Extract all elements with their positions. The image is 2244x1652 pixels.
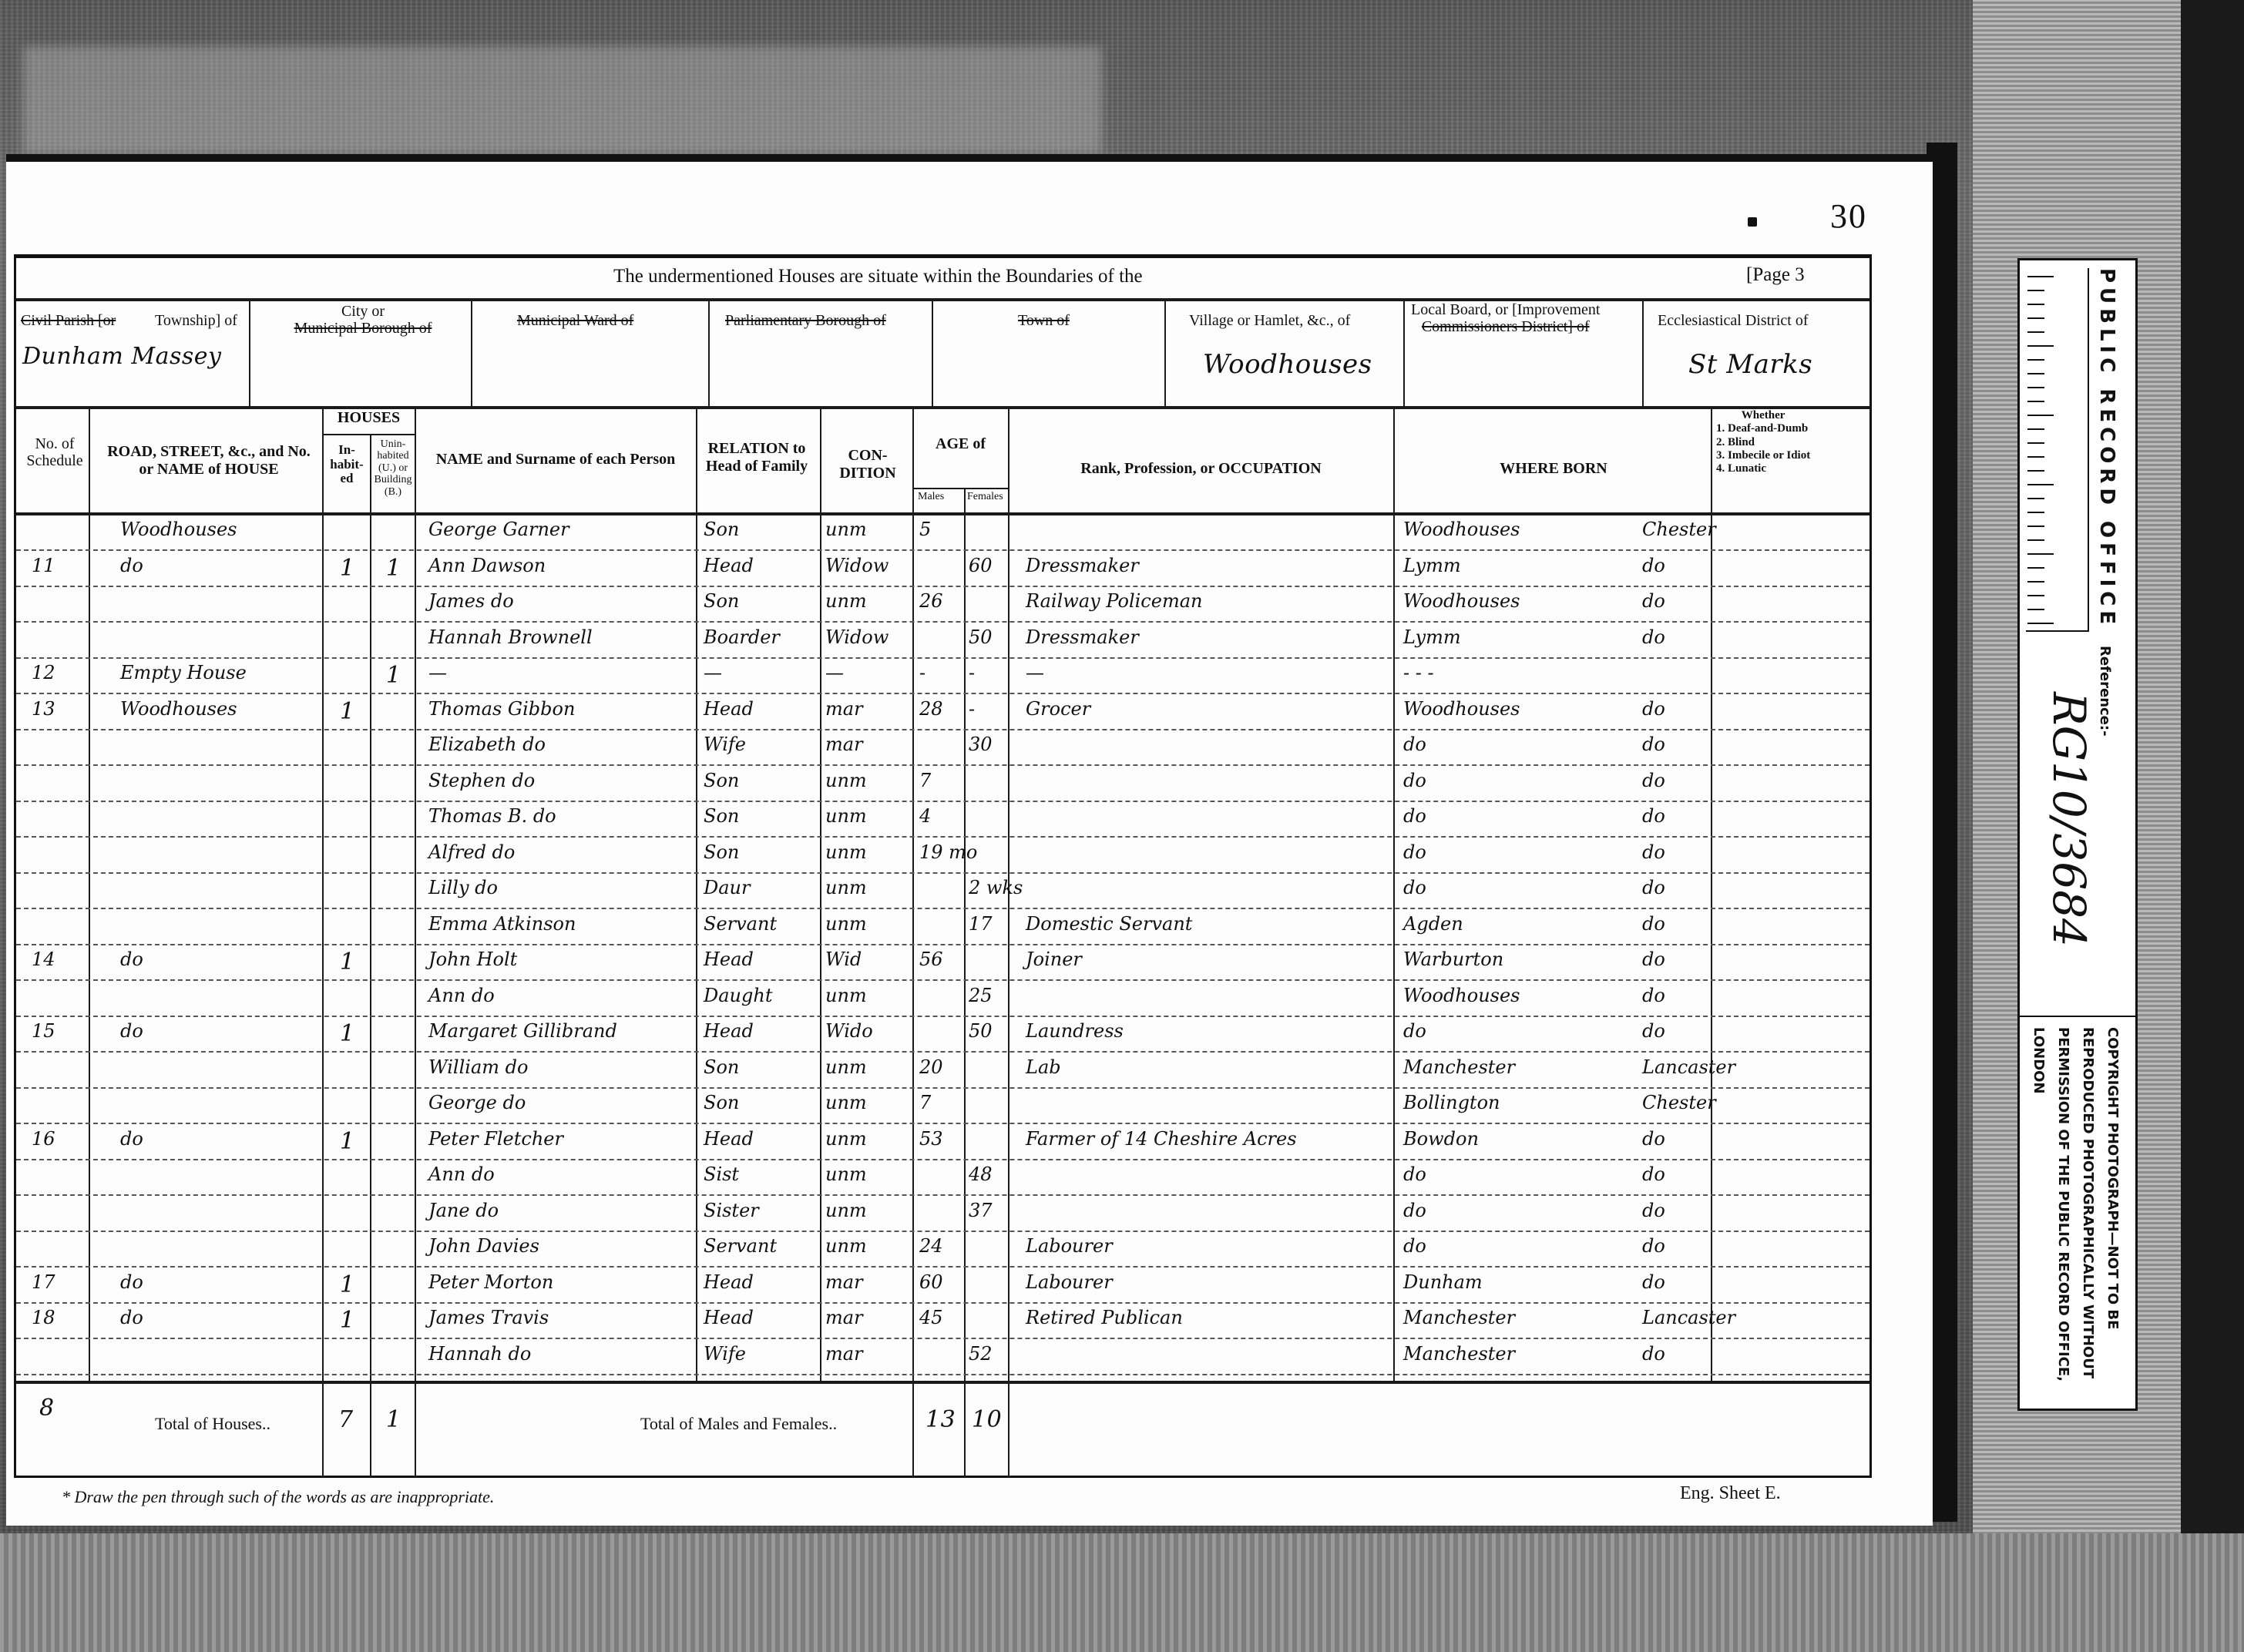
cell-relation: Son bbox=[704, 590, 739, 612]
row-rule bbox=[16, 1338, 1869, 1339]
cell-female-age: - bbox=[969, 698, 975, 720]
cell-born-county: do bbox=[1642, 1271, 1665, 1293]
cell-born-place: Manchester bbox=[1403, 1307, 1515, 1328]
cell-name: William do bbox=[428, 1056, 528, 1078]
background-bottom-strip bbox=[0, 1533, 2244, 1652]
cell-condition: mar bbox=[825, 1307, 863, 1328]
cell-road: do bbox=[120, 1271, 143, 1293]
ruler-tick bbox=[2027, 359, 2044, 361]
cell-born-place: Bowdon bbox=[1403, 1128, 1479, 1150]
cell-road: do bbox=[120, 1128, 143, 1150]
col-header-houses: HOUSES bbox=[324, 409, 413, 427]
ruler-tick bbox=[2027, 539, 2044, 541]
ruler-tick bbox=[2027, 373, 2044, 374]
cell-schedule: 18 bbox=[32, 1307, 55, 1328]
boundary-value-ecclesiastical: St Marks bbox=[1688, 349, 1812, 380]
cell-condition: unm bbox=[825, 1092, 867, 1113]
col-divider bbox=[89, 406, 90, 1381]
cell-relation: Head bbox=[704, 1307, 754, 1328]
row-rule bbox=[16, 1231, 1869, 1232]
reference-label: Reference:- bbox=[2097, 646, 2113, 737]
cell-male-age: 45 bbox=[919, 1307, 943, 1328]
background-right-edge bbox=[2181, 0, 2244, 1652]
cell-born-county: do bbox=[1642, 1200, 1665, 1221]
ruler bbox=[2026, 268, 2089, 632]
cell-born-county: do bbox=[1642, 1163, 1665, 1185]
cell-inhabited: 1 bbox=[340, 555, 355, 582]
col-header-occupation: Rank, Profession, or OCCUPATION bbox=[1018, 460, 1384, 478]
cell-condition: unm bbox=[825, 913, 867, 935]
cell-female-age: 48 bbox=[969, 1163, 993, 1185]
col-header-infirmity: Whether 1. Deaf-and-Dumb 2. Blind 3. Imb… bbox=[1716, 409, 1810, 475]
cell-name: John Holt bbox=[428, 949, 517, 970]
cell-born-county: do bbox=[1642, 985, 1665, 1006]
cell-road: do bbox=[120, 1307, 143, 1328]
ruler-tick bbox=[2027, 470, 2044, 472]
col-header-name: NAME and Surname of each Person bbox=[425, 451, 687, 468]
cell-condition: mar bbox=[825, 1343, 863, 1365]
boundary-label-town: Town of bbox=[1018, 312, 1070, 329]
ruler-tick bbox=[2027, 401, 2044, 402]
cell-occupation: Domestic Servant bbox=[1026, 913, 1192, 935]
cell-born-place: Bollington bbox=[1403, 1092, 1500, 1113]
row-rule bbox=[16, 944, 1869, 945]
cell-male-age: 7 bbox=[919, 1092, 931, 1113]
divider bbox=[708, 298, 710, 406]
cell-condition: mar bbox=[825, 734, 863, 755]
col-divider bbox=[370, 435, 371, 1477]
ruler-tick bbox=[2027, 331, 2044, 333]
infirmity-option: 3. Imbecile or Idiot bbox=[1716, 449, 1810, 462]
ruler-tick bbox=[2027, 387, 2044, 388]
cell-name: Ann do bbox=[428, 1163, 495, 1185]
col-divider bbox=[964, 489, 966, 1477]
footnote: * Draw the pen through such of the words… bbox=[62, 1487, 494, 1507]
page-label: [Page 3 bbox=[1746, 264, 1805, 286]
cell-female-age: 37 bbox=[969, 1200, 993, 1221]
cell-road: Woodhouses bbox=[120, 519, 237, 540]
col-divider bbox=[820, 406, 821, 1381]
cell-relation: Sist bbox=[704, 1163, 739, 1185]
infirmity-option: 4. Lunatic bbox=[1716, 462, 1810, 475]
cell-name: Thomas B. do bbox=[428, 805, 556, 827]
cell-born-county: Chester bbox=[1642, 519, 1716, 540]
ruler-tick bbox=[2027, 498, 2044, 499]
divider bbox=[1642, 298, 1644, 406]
boundary-label-township: Township] of bbox=[155, 312, 237, 329]
cell-born-place: - - - bbox=[1403, 662, 1434, 683]
cell-born-place: Woodhouses bbox=[1403, 590, 1520, 612]
cell-male-age: 53 bbox=[919, 1128, 943, 1150]
cell-occupation: Labourer bbox=[1026, 1235, 1113, 1257]
cell-name: Margaret Gillibrand bbox=[428, 1020, 617, 1042]
cell-born-county: do bbox=[1642, 949, 1665, 970]
cell-name: Thomas Gibbon bbox=[428, 698, 575, 720]
cell-born-county: do bbox=[1642, 734, 1665, 755]
col-header-uninhabited: Unin-habited (U.) or Building (B.) bbox=[371, 438, 415, 498]
row-rule bbox=[16, 1302, 1869, 1304]
ruler-tick bbox=[2027, 484, 2054, 485]
cell-name: Hannah Brownell bbox=[428, 626, 593, 648]
col-header-road: ROAD, STREET, &c., and No. or NAME of HO… bbox=[101, 443, 317, 478]
cell-occupation: Railway Policeman bbox=[1026, 590, 1202, 612]
cell-relation: Son bbox=[704, 841, 739, 863]
cell-relation: Servant bbox=[704, 913, 777, 935]
cell-name: Emma Atkinson bbox=[428, 913, 576, 935]
struck-text: Municipal Borough of bbox=[294, 320, 432, 337]
cell-relation: Boarder bbox=[704, 626, 780, 648]
cell-uninhabited: 1 bbox=[386, 555, 401, 582]
col-header-females: Females bbox=[967, 491, 1003, 502]
row-rule bbox=[16, 836, 1869, 838]
cell-schedule: 12 bbox=[32, 662, 55, 683]
boundary-label-local-board: Local Board, or [ImprovementCommissioner… bbox=[1411, 301, 1600, 335]
cell-relation: Daught bbox=[704, 985, 772, 1006]
row-rule bbox=[16, 979, 1869, 981]
cell-condition: Wido bbox=[825, 1020, 873, 1042]
cell-relation: Head bbox=[704, 1020, 754, 1042]
infirmity-option: 1. Deaf-and-Dumb bbox=[1716, 422, 1810, 435]
row-rule bbox=[16, 1123, 1869, 1124]
cell-female-age: 50 bbox=[969, 626, 993, 648]
cell-name: Jane do bbox=[428, 1200, 499, 1221]
cell-relation: Head bbox=[704, 555, 754, 576]
ruler-tick bbox=[2027, 595, 2044, 596]
cell-name: Ann do bbox=[428, 985, 495, 1006]
cell-name: George do bbox=[428, 1092, 526, 1113]
cell-condition: unm bbox=[825, 519, 867, 540]
boundary-label-city: City orMunicipal Borough of bbox=[278, 303, 448, 337]
cell-condition: unm bbox=[825, 805, 867, 827]
cell-born-county: do bbox=[1642, 913, 1665, 935]
houses-subdivider bbox=[322, 434, 415, 435]
cell-occupation: Joiner bbox=[1026, 949, 1082, 970]
total-houses-label: Total of Houses.. bbox=[155, 1414, 270, 1434]
form-title: The undermentioned Houses are situate wi… bbox=[613, 266, 1143, 287]
cell-condition: unm bbox=[825, 841, 867, 863]
boundary-value-village: Woodhouses bbox=[1203, 349, 1372, 380]
age-subdivider bbox=[912, 488, 1008, 489]
row-rule bbox=[16, 764, 1869, 766]
cell-male-age: 26 bbox=[919, 590, 943, 612]
boundary-label-civil-parish: Civil Parish [or bbox=[21, 312, 116, 329]
infirmity-option: 2. Blind bbox=[1716, 436, 1810, 449]
cell-name: Stephen do bbox=[428, 770, 535, 791]
boundary-label-parl-borough: Parliamentary Borough of bbox=[725, 312, 886, 329]
cell-born-place: Lymm bbox=[1403, 626, 1461, 648]
cell-born-place: Woodhouses bbox=[1403, 519, 1520, 540]
cell-road: Woodhouses bbox=[120, 698, 237, 720]
infirmity-head: Whether bbox=[1716, 409, 1810, 422]
ruler-tick bbox=[2027, 512, 2044, 513]
cell-inhabited: 1 bbox=[340, 1271, 355, 1298]
cell-occupation: — bbox=[1026, 662, 1044, 683]
cell-relation: Son bbox=[704, 770, 739, 791]
cell-inhabited: 1 bbox=[340, 1020, 355, 1047]
divider bbox=[1164, 298, 1166, 406]
cell-born-county: do bbox=[1642, 590, 1665, 612]
cell-relation: Son bbox=[704, 519, 739, 540]
cell-born-county: do bbox=[1642, 877, 1665, 898]
row-rule bbox=[16, 657, 1869, 659]
col-header-age: AGE of bbox=[916, 435, 1005, 453]
cell-road: Empty House bbox=[120, 662, 247, 683]
cell-condition: unm bbox=[825, 1235, 867, 1257]
cell-schedule: 13 bbox=[32, 698, 55, 720]
row-rule bbox=[16, 729, 1869, 730]
cell-male-age: - bbox=[919, 662, 925, 683]
cell-born-county: do bbox=[1642, 1020, 1665, 1042]
row-rule bbox=[16, 908, 1869, 909]
row-rule bbox=[16, 1194, 1869, 1196]
cell-occupation: Lab bbox=[1026, 1056, 1061, 1078]
cell-relation: Son bbox=[704, 1092, 739, 1113]
divider bbox=[471, 298, 472, 406]
census-form: The undermentioned Houses are situate wi… bbox=[14, 254, 1872, 1478]
ruler-tick bbox=[2027, 456, 2044, 458]
row-rule bbox=[16, 801, 1869, 802]
cell-born-place: Manchester bbox=[1403, 1056, 1515, 1078]
cell-name: Peter Fletcher bbox=[428, 1128, 563, 1150]
cell-name: James Travis bbox=[428, 1307, 549, 1328]
cell-condition: unm bbox=[825, 590, 867, 612]
total-persons-label: Total of Males and Females.. bbox=[640, 1414, 837, 1434]
cell-relation: Son bbox=[704, 805, 739, 827]
ruler-tick bbox=[2027, 581, 2044, 583]
cell-male-age: 5 bbox=[919, 519, 931, 540]
row-rule bbox=[16, 1016, 1869, 1017]
totals-top-divider bbox=[16, 1381, 1869, 1384]
col-divider bbox=[322, 406, 324, 1477]
cell-female-age: 50 bbox=[969, 1020, 993, 1042]
ruler-tick bbox=[2027, 442, 2044, 444]
header-divider bbox=[16, 512, 1869, 515]
cell-born-place: do bbox=[1403, 1200, 1426, 1221]
cell-male-age: 28 bbox=[919, 698, 943, 720]
cell-born-place: do bbox=[1403, 877, 1426, 898]
cell-relation: Wife bbox=[704, 734, 746, 755]
cell-female-age: 60 bbox=[969, 555, 993, 576]
col-header-where-born: WHERE BORN bbox=[1403, 460, 1704, 478]
cell-male-age: 24 bbox=[919, 1235, 943, 1257]
folio-number: 30 bbox=[1830, 196, 1867, 236]
cell-condition: Wid bbox=[825, 949, 862, 970]
col-divider bbox=[1008, 406, 1009, 1477]
cell-condition: unm bbox=[825, 1200, 867, 1221]
cell-relation: Wife bbox=[704, 1343, 746, 1365]
cell-uninhabited: 1 bbox=[386, 662, 401, 689]
copyright-notice: COPYRIGHT PHOTOGRAPH—NOT TO BE REPRODUCE… bbox=[2026, 1027, 2125, 1397]
cell-born-county: do bbox=[1642, 698, 1665, 720]
row-rule bbox=[16, 1051, 1869, 1053]
col-header-schedule: No. of Schedule bbox=[24, 435, 86, 469]
cell-condition: Widow bbox=[825, 555, 889, 576]
cell-road: do bbox=[120, 555, 143, 576]
cell-male-age: 19 mo bbox=[919, 841, 977, 863]
cell-born-place: do bbox=[1403, 734, 1426, 755]
cell-road: do bbox=[120, 1020, 143, 1042]
cell-name: Hannah do bbox=[428, 1343, 531, 1365]
cell-relation: — bbox=[704, 662, 722, 683]
card-divider bbox=[2020, 1016, 2135, 1017]
cell-schedule: 16 bbox=[32, 1128, 55, 1150]
row-rule bbox=[16, 586, 1869, 587]
divider bbox=[249, 298, 250, 406]
cell-occupation: Dressmaker bbox=[1026, 626, 1139, 648]
cell-relation: Head bbox=[704, 1271, 754, 1293]
struck-text: Commissioners District] of bbox=[1422, 318, 1590, 335]
cell-born-place: do bbox=[1403, 1163, 1426, 1185]
cell-female-age: 25 bbox=[969, 985, 993, 1006]
cell-condition: unm bbox=[825, 1056, 867, 1078]
cell-name: Ann Dawson bbox=[428, 555, 546, 576]
ruler-tick bbox=[2027, 290, 2044, 291]
cell-condition: unm bbox=[825, 1163, 867, 1185]
col-header-relation: RELATION to Head of Family bbox=[699, 440, 815, 475]
cell-born-county: do bbox=[1642, 841, 1665, 863]
cell-inhabited: 1 bbox=[340, 1307, 355, 1334]
ruler-tick bbox=[2027, 567, 2044, 569]
cell-condition: Widow bbox=[825, 626, 889, 648]
cell-name: Lilly do bbox=[428, 877, 498, 898]
row-rule bbox=[16, 549, 1869, 551]
col-header-inhabited: In-habit-ed bbox=[324, 443, 369, 486]
cell-relation: Servant bbox=[704, 1235, 777, 1257]
cell-name: — bbox=[428, 662, 447, 683]
cell-inhabited: 1 bbox=[340, 698, 355, 725]
cell-schedule: 11 bbox=[32, 555, 55, 576]
total-males: 13 bbox=[925, 1406, 956, 1433]
cell-born-place: Lymm bbox=[1403, 555, 1461, 576]
cell-female-age: - bbox=[969, 662, 975, 683]
row-rule bbox=[16, 872, 1869, 874]
cell-schedule: 14 bbox=[32, 949, 55, 970]
reference-card: PUBLIC RECORD OFFICE Reference:- RG10/36… bbox=[2017, 258, 2138, 1411]
sheet-label: Eng. Sheet E. bbox=[1680, 1483, 1781, 1504]
ruler-tick bbox=[2027, 623, 2054, 624]
row-rule bbox=[16, 1087, 1869, 1089]
total-inhabited: 7 bbox=[338, 1406, 354, 1433]
ruler-tick bbox=[2027, 525, 2044, 527]
cell-condition: unm bbox=[825, 877, 867, 898]
page-mark bbox=[1748, 217, 1757, 227]
cell-inhabited: 1 bbox=[340, 949, 355, 975]
cell-condition: unm bbox=[825, 1128, 867, 1150]
boundary-label-village: Village or Hamlet, &c., of bbox=[1189, 312, 1350, 329]
ruler-tick bbox=[2027, 345, 2054, 347]
reference-value: RG10/3684 bbox=[2043, 692, 2095, 947]
cell-born-place: do bbox=[1403, 1235, 1426, 1257]
cell-male-age: 20 bbox=[919, 1056, 943, 1078]
ruler-tick bbox=[2027, 304, 2044, 305]
cell-occupation: Farmer of 14 Cheshire Acres bbox=[1026, 1128, 1297, 1150]
cell-male-age: 4 bbox=[919, 805, 931, 827]
col-divider bbox=[1711, 406, 1712, 1381]
cell-female-age: 52 bbox=[969, 1343, 993, 1365]
cell-relation: Sister bbox=[704, 1200, 759, 1221]
total-females: 10 bbox=[972, 1406, 1002, 1433]
cell-born-county: Lancaster bbox=[1642, 1056, 1735, 1078]
ruler-tick bbox=[2027, 415, 2054, 416]
ruler-tick bbox=[2027, 553, 2054, 555]
cell-name: Elizabeth do bbox=[428, 734, 546, 755]
cell-male-age: 60 bbox=[919, 1271, 943, 1293]
cell-male-age: 7 bbox=[919, 770, 931, 791]
cell-name: Peter Morton bbox=[428, 1271, 553, 1293]
col-divider bbox=[912, 406, 914, 1477]
cell-born-place: Woodhouses bbox=[1403, 698, 1520, 720]
cell-female-age: 17 bbox=[969, 913, 993, 935]
cell-relation: Head bbox=[704, 698, 754, 720]
cell-name: Alfred do bbox=[428, 841, 515, 863]
cell-relation: Daur bbox=[704, 877, 750, 898]
cell-inhabited: 1 bbox=[340, 1128, 355, 1155]
cell-relation: Son bbox=[704, 1056, 739, 1078]
cell-male-age: 56 bbox=[919, 949, 943, 970]
cell-condition: — bbox=[825, 662, 844, 683]
record-office-label: PUBLIC RECORD OFFICE bbox=[2095, 268, 2118, 629]
row-rule bbox=[16, 621, 1869, 623]
divider bbox=[932, 298, 933, 406]
cell-born-place: Dunham bbox=[1403, 1271, 1483, 1293]
cell-born-county: Lancaster bbox=[1642, 1307, 1735, 1328]
boundary-divider bbox=[16, 406, 1869, 409]
background-light-patch bbox=[23, 46, 1102, 154]
total-schedules: 8 bbox=[39, 1395, 55, 1422]
cell-name: George Garner bbox=[428, 519, 569, 540]
cell-occupation: Labourer bbox=[1026, 1271, 1113, 1293]
ruler-tick bbox=[2027, 317, 2044, 319]
row-rule bbox=[16, 1159, 1869, 1160]
cell-born-county: do bbox=[1642, 626, 1665, 648]
cell-schedule: 15 bbox=[32, 1020, 55, 1042]
cell-born-place: Woodhouses bbox=[1403, 985, 1520, 1006]
boundary-value-civil-parish: Dunham Massey bbox=[22, 343, 221, 370]
cell-occupation: Dressmaker bbox=[1026, 555, 1139, 576]
cell-born-place: Manchester bbox=[1403, 1343, 1515, 1365]
boundary-label-ward: Municipal Ward of bbox=[517, 312, 633, 329]
cell-relation: Head bbox=[704, 1128, 754, 1150]
cell-schedule: 17 bbox=[32, 1271, 55, 1293]
cell-born-county: do bbox=[1642, 770, 1665, 791]
ruler-tick bbox=[2027, 609, 2044, 610]
cell-born-place: do bbox=[1403, 841, 1426, 863]
cell-condition: unm bbox=[825, 985, 867, 1006]
boundary-label-ecclesiastical: Ecclesiastical District of bbox=[1658, 312, 1808, 329]
cell-born-county: do bbox=[1642, 1128, 1665, 1150]
ruler-tick bbox=[2027, 276, 2054, 277]
cell-female-age: 2 wks bbox=[969, 877, 1023, 898]
cell-road: do bbox=[120, 949, 143, 970]
struck-text: Civil Parish [or bbox=[21, 312, 116, 329]
col-divider bbox=[415, 406, 416, 1477]
cell-condition: mar bbox=[825, 698, 863, 720]
cell-born-place: Agden bbox=[1403, 913, 1463, 935]
cell-occupation: Grocer bbox=[1026, 698, 1090, 720]
cell-born-place: do bbox=[1403, 770, 1426, 791]
col-divider bbox=[1393, 406, 1395, 1381]
cell-condition: mar bbox=[825, 1271, 863, 1293]
cell-born-county: Chester bbox=[1642, 1092, 1716, 1113]
ruler-tick bbox=[2027, 428, 2044, 430]
cell-occupation: Laundress bbox=[1026, 1020, 1124, 1042]
cell-female-age: 30 bbox=[969, 734, 993, 755]
cell-name: James do bbox=[428, 590, 514, 612]
row-rule bbox=[16, 1266, 1869, 1268]
cell-born-county: do bbox=[1642, 555, 1665, 576]
row-rule bbox=[16, 1374, 1869, 1375]
cell-born-county: do bbox=[1642, 805, 1665, 827]
